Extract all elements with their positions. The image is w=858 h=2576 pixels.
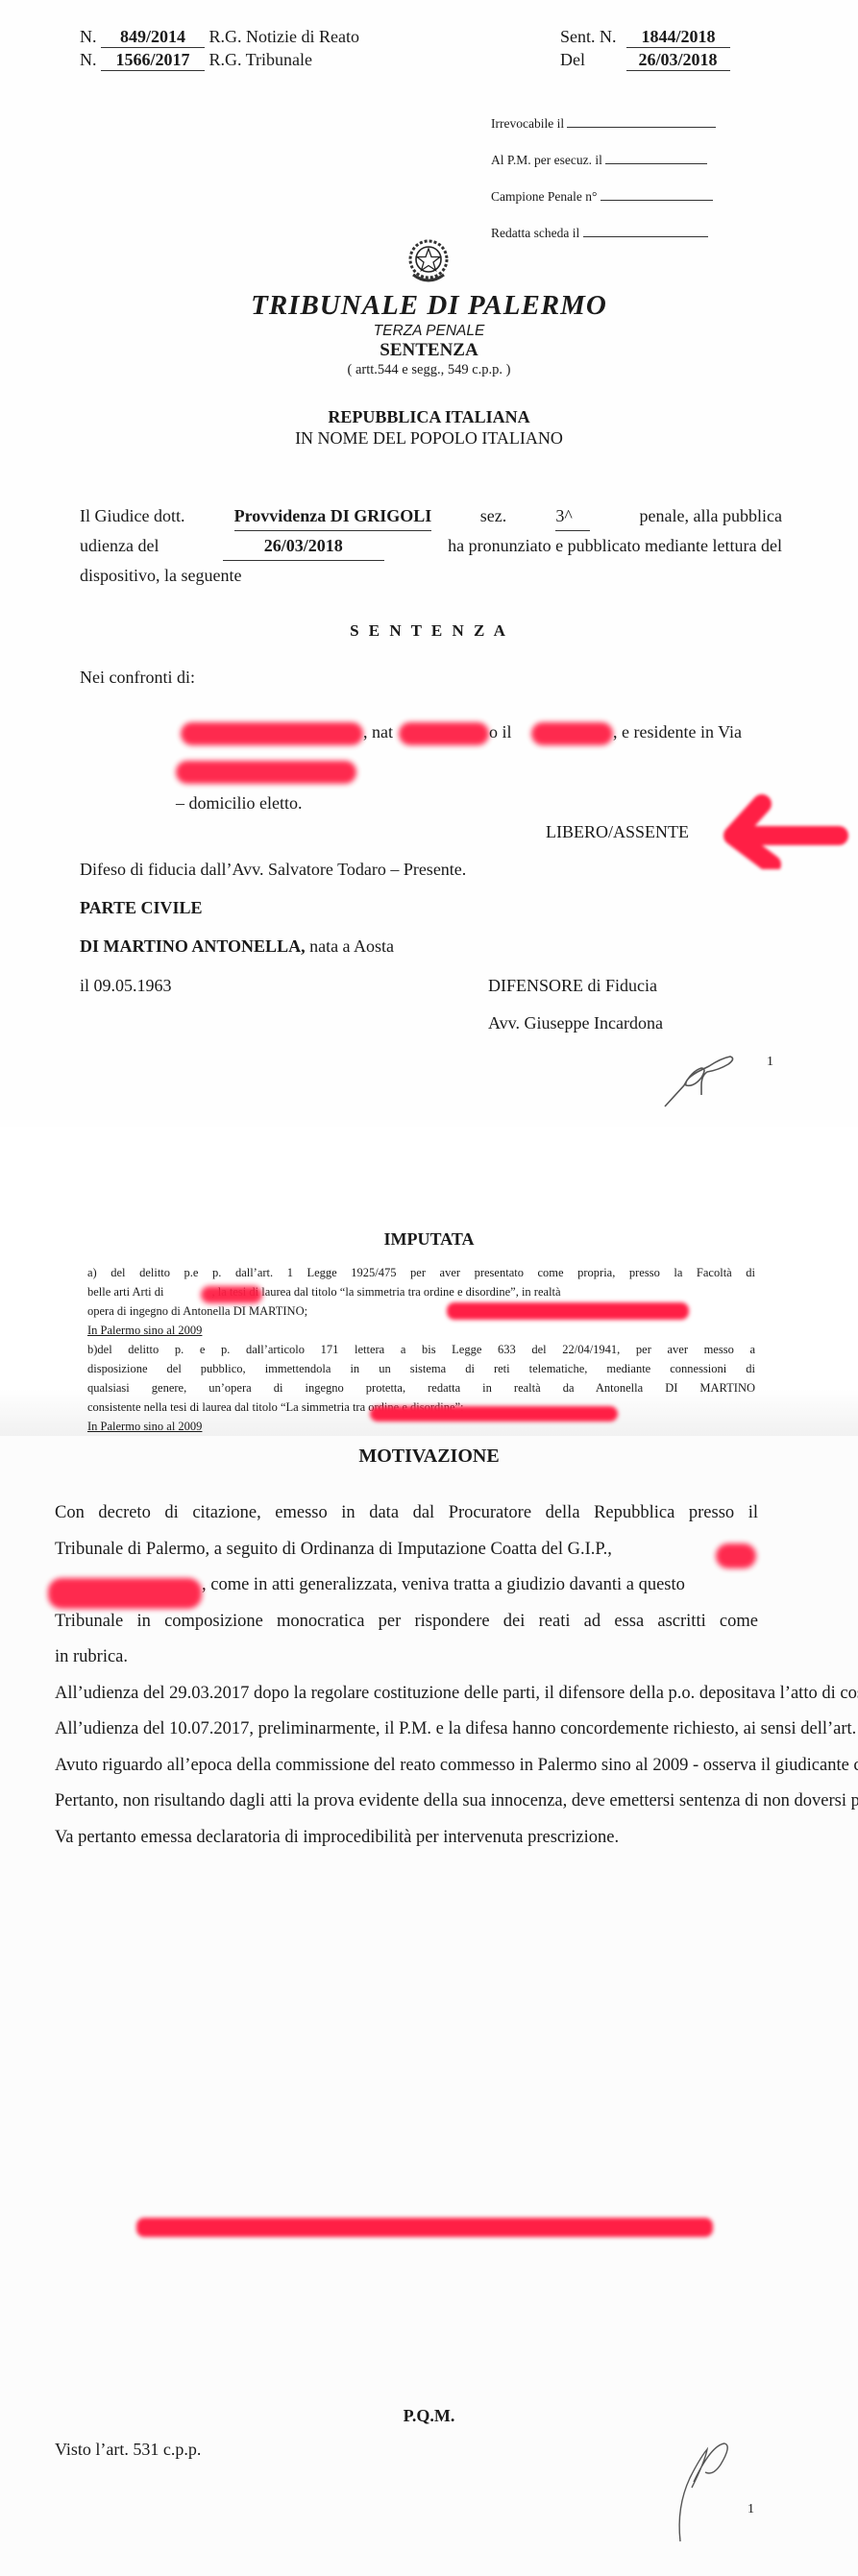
redacted-birthdate: [531, 722, 613, 745]
nei-confronti: Nei confronti di:: [80, 668, 195, 688]
registry-redatta: Redatta scheda il: [491, 215, 716, 252]
paragraph-4: Avuto riguardo all’epoca della commissio…: [55, 1748, 758, 1785]
difensore-name: Avv. Giuseppe Incardona: [488, 1013, 663, 1033]
redacted-birthplace: [399, 722, 489, 745]
motivazione-heading: MOTIVAZIONE: [0, 1446, 858, 1468]
defendant-part-1: , nat: [363, 722, 393, 742]
sez-suffix: penale, alla pubblica: [640, 501, 782, 531]
sentenza-heading: S E N T E N Z A: [0, 621, 858, 641]
paragraph-3: All’udienza del 10.07.2017, preliminarme…: [55, 1712, 758, 1748]
rg-tribunale-label: R.G. Tribunale: [209, 50, 313, 69]
parte-civile-heading: PARTE CIVILE: [80, 898, 203, 918]
pqm-heading: P.Q.M.: [0, 2406, 858, 2426]
p1-line-2: Tribunale di Palermo, a seguito di Ordin…: [55, 1532, 758, 1568]
page-number: 1: [748, 2502, 754, 2517]
registry-irrevocabile: Irrevocabile il: [491, 106, 716, 142]
redacted-name-part-2: [48, 1578, 202, 1609]
judge-prefix: Il Giudice dott.: [80, 501, 184, 531]
parte-civile-row: DI MARTINO ANTONELLA, nata a Aosta: [80, 936, 394, 957]
rg-prefix: N.: [80, 50, 97, 69]
arrow-left-icon: [719, 792, 848, 869]
registry-campione: Campione Penale n°: [491, 179, 716, 215]
rg-prefix: N.: [80, 27, 97, 46]
charge-a-line-2b: , la tesi di laurea dal titolo “la simme…: [212, 1285, 561, 1299]
difeso-text: Difeso di fiducia dall’Avv. Salvatore To…: [80, 860, 466, 880]
udienza-date: 26/03/2018: [223, 531, 384, 561]
sent-label: Sent. N.: [560, 27, 617, 46]
articles-ref: ( artt.544 e segg., 549 c.p.p. ): [0, 362, 858, 378]
redacted-city: [201, 1286, 262, 1303]
highlight-mark-innocenza: [136, 2218, 713, 2237]
charge-a-line-2a: belle arti Arti di: [87, 1285, 164, 1299]
defendant-part-3: , e residente in Via: [613, 722, 742, 742]
rg-tribunale-number: 1566/2017: [101, 50, 205, 71]
p1-line-5: in rubrica.: [55, 1640, 758, 1676]
judge-name: Provvidenza DI GRIGOLI: [234, 501, 431, 531]
in-nome-heading: IN NOME DEL POPOLO ITALIANO: [0, 428, 858, 449]
redacted-address: [176, 761, 356, 784]
udienza-suffix: ha pronunziato e pubblicato mediante let…: [448, 531, 782, 561]
sez-value: 3^: [555, 501, 590, 531]
redacted-name-part-1: [716, 1543, 756, 1568]
p1-line-2-text: Tribunale di Palermo, a seguito di Ordin…: [55, 1540, 612, 1559]
imputata-heading: IMPUTATA: [0, 1229, 858, 1250]
court-section: TERZA PENALE: [0, 323, 858, 340]
sez-label: sez.: [480, 501, 506, 531]
p1-line-4: Tribunale in composizione monocratica pe…: [55, 1604, 758, 1640]
parte-civile-birth: nata a Aosta: [306, 936, 394, 956]
paragraph-6: Va pertanto emessa declaratoria di impro…: [55, 1820, 758, 1857]
charge-a-place: In Palermo sino al 2009: [87, 1321, 755, 1340]
sent-number: 1844/2018: [626, 27, 730, 48]
difensore-label: DIFENSORE di Fiducia: [488, 976, 657, 996]
republic-heading: REPUBBLICA ITALIANA: [0, 407, 858, 427]
italian-republic-emblem-icon: [402, 238, 455, 286]
page-2: IMPUTATA a) del delitto p.e p. dall’art.…: [0, 1127, 858, 1436]
intro-line-3: dispositivo, la seguente: [80, 561, 782, 590]
charge-b-line-3: qualsiasi genere, un’opera di ingegno pr…: [87, 1378, 755, 1397]
del-date: 26/03/2018: [626, 50, 730, 71]
del-row: Del 26/03/2018: [560, 50, 730, 71]
charge-b-line-1: b)del delitto p. e p. dall’articolo 171 …: [87, 1340, 755, 1359]
rg-notizie-number: 849/2014: [101, 27, 205, 48]
udienza-label: udienza del: [80, 531, 159, 561]
highlight-mark-title-b: [370, 1406, 618, 1422]
p1-line-1: Con decreto di citazione, emesso in data…: [55, 1495, 758, 1532]
page-3: MOTIVAZIONE Con decreto di citazione, em…: [0, 1436, 858, 2576]
parte-civile-date: il 09.05.1963: [80, 976, 172, 996]
rg-notizie-row: N. 849/2014 R.G. Notizie di Reato: [80, 27, 359, 48]
judge-signature-icon: [673, 2440, 769, 2545]
registry-pm-esecuz: Al P.M. per esecuz. il: [491, 142, 716, 179]
paragraph-5: Pertanto, non risultando dagli atti la p…: [55, 1784, 758, 1820]
defendant-status: LIBERO/ASSENTE: [546, 822, 689, 842]
paragraph-2: All’udienza del 29.03.2017 dopo la regol…: [55, 1676, 758, 1713]
domicilio: – domicilio eletto.: [176, 793, 302, 814]
parte-civile-name: DI MARTINO ANTONELLA,: [80, 936, 306, 956]
doc-type: SENTENZA: [0, 340, 858, 361]
registry-fields: Irrevocabile il Al P.M. per esecuz. il C…: [491, 106, 716, 252]
page-1: N. 849/2014 R.G. Notizie di Reato N. 156…: [0, 0, 858, 1128]
highlight-mark-title-a: [447, 1302, 689, 1320]
charge-b-line-2: disposizione del pubblico, immettendola …: [87, 1359, 755, 1378]
rg-notizie-label: R.G. Notizie di Reato: [209, 27, 359, 46]
court-name: TRIBUNALE DI PALERMO: [0, 290, 858, 322]
motivazione-body: Con decreto di citazione, emesso in data…: [55, 1495, 758, 1856]
rg-tribunale-row: N. 1566/2017 R.G. Tribunale: [80, 50, 312, 71]
page-number: 1: [767, 1055, 773, 1070]
defendant-part-2: o il: [489, 722, 512, 742]
redacted-defendant-name: [181, 722, 363, 745]
charge-a-line-1: a) del delitto p.e p. dall’art. 1 Legge …: [87, 1263, 755, 1282]
p1-line-3-text: , come in atti generalizzata, veniva tra…: [202, 1575, 685, 1594]
del-label: Del: [560, 50, 622, 70]
visto-text: Visto l’art. 531 c.p.p.: [55, 2440, 201, 2460]
intro-paragraph: Il Giudice dott. Provvidenza DI GRIGOLI …: [80, 501, 782, 590]
sent-row: Sent. N. 1844/2018: [560, 27, 730, 48]
judge-signature-icon: [663, 1047, 740, 1114]
charge-a-line-2: belle arti Arti di, la tesi di laurea da…: [87, 1282, 755, 1301]
